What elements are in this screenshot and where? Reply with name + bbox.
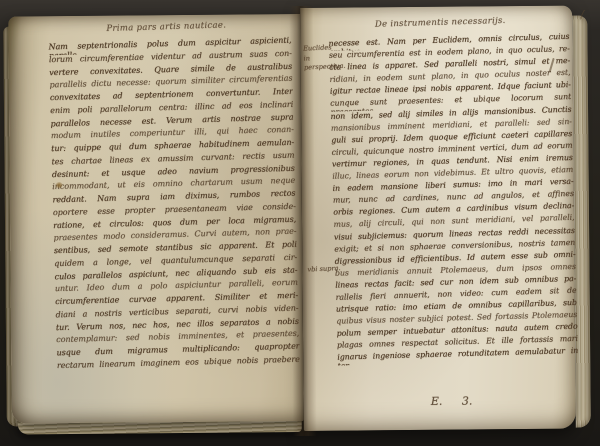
left-page: Prima pars artis nauticae. Nam septentri… bbox=[8, 14, 304, 424]
left-page-text: Nam septentrionalis polus dum aspicitur … bbox=[48, 36, 300, 374]
ink-spot bbox=[56, 182, 63, 188]
right-page: De instrumentis necessarijs. Euclides in… bbox=[300, 6, 576, 431]
right-running-header: De instrumentis necessarijs. bbox=[330, 14, 550, 31]
quire-signature: E. 3. bbox=[392, 394, 512, 408]
manuscript-photo: Prima pars artis nauticae. Nam septentri… bbox=[0, 0, 600, 446]
right-page-text: necesse est. Nam per Euclidem, omnis cir… bbox=[328, 32, 578, 365]
open-book: Prima pars artis nauticae. Nam septentri… bbox=[6, 3, 590, 438]
left-running-header: Prima pars artis nauticae. bbox=[66, 19, 266, 35]
